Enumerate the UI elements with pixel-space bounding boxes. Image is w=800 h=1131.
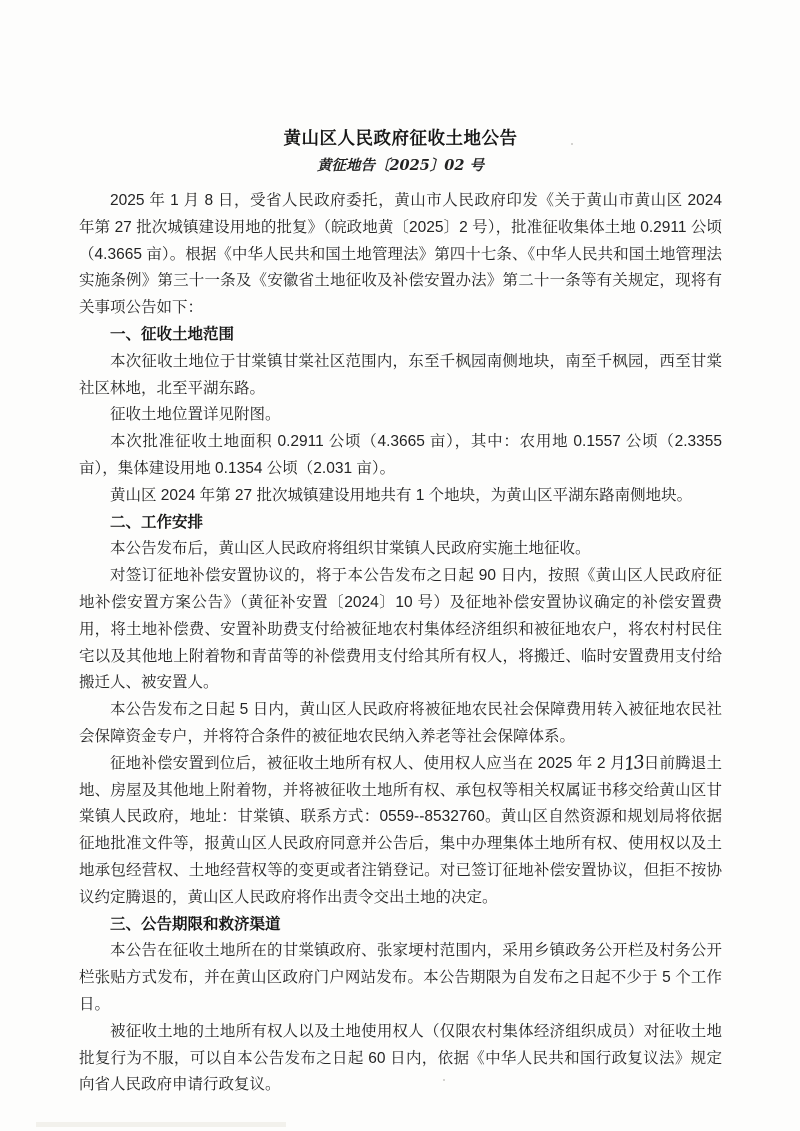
- document-page: 黄山区人民政府征收土地公告 黄征地告〔2025〕02 号 2025 年 1 月 …: [0, 0, 800, 1131]
- paragraph: 黄山区 2024 年第 27 批次城镇建设用地共有 1 个地块，为黄山区平湖东路…: [79, 483, 722, 510]
- paragraph: 对签订征地补偿安置协议的，将于本公告发布之日起 90 日内，按照《黄山区人民政府…: [79, 563, 722, 697]
- paragraph-with-handwritten-date: 征地补偿安置到位后，被征收土地所有权人、使用权人应当在 2025 年 2 月13…: [79, 751, 722, 912]
- scan-edge-shadow: [36, 1122, 286, 1127]
- document-content: 黄山区人民政府征收土地公告 黄征地告〔2025〕02 号 2025 年 1 月 …: [79, 127, 722, 1099]
- intro-paragraph: 2025 年 1 月 8 日，受省人民政府委托，黄山市人民政府印发《关于黄山市黄…: [79, 188, 722, 322]
- scan-speck: [443, 1079, 445, 1081]
- scan-speck: [571, 143, 573, 145]
- paragraph-text-before: 征地补偿安置到位后，被征收土地所有权人、使用权人应当在 2025 年 2 月: [110, 755, 626, 772]
- section-heading-land-scope: 一、征收土地范围: [79, 322, 722, 349]
- document-title: 黄山区人民政府征收土地公告: [79, 127, 722, 149]
- paragraph: 被征收土地的土地所有权人以及土地使用权人（仅限农村集体经济组织成员）对征收土地批…: [79, 1019, 722, 1099]
- paragraph: 征收土地位置详见附图。: [79, 402, 722, 429]
- paragraph: 本公告发布后，黄山区人民政府将组织甘棠镇人民政府实施土地征收。: [79, 536, 722, 563]
- scan-speck: [390, 499, 392, 501]
- paragraph: 本次批准征收土地面积 0.2911 公顷（4.3665 亩），其中：农用地 0.…: [79, 429, 722, 483]
- handwritten-day-number: 13: [623, 753, 644, 773]
- section-heading-work-arrangement: 二、工作安排: [79, 510, 722, 537]
- paragraph: 本公告在征收土地所在的甘棠镇政府、张家埂村范围内，采用乡镇政务公开栏及村务公开栏…: [79, 938, 722, 1018]
- section-heading-notice-period: 三、公告期限和救济渠道: [79, 912, 722, 939]
- paragraph-text-after: 日前腾退土地、房屋及其他地上附着物，并将被征收土地所有权、承包权等相关权属证书移…: [79, 755, 722, 906]
- paragraph: 本公告发布之日起 5 日内，黄山区人民政府将被征地农民社会保障费用转入被征地农民…: [79, 697, 722, 751]
- document-number: 黄征地告〔2025〕02 号: [79, 156, 722, 176]
- paragraph: 本次征收土地位于甘棠镇甘棠社区范围内，东至千枫园南侧地块，南至千枫园，西至甘棠社…: [79, 349, 722, 403]
